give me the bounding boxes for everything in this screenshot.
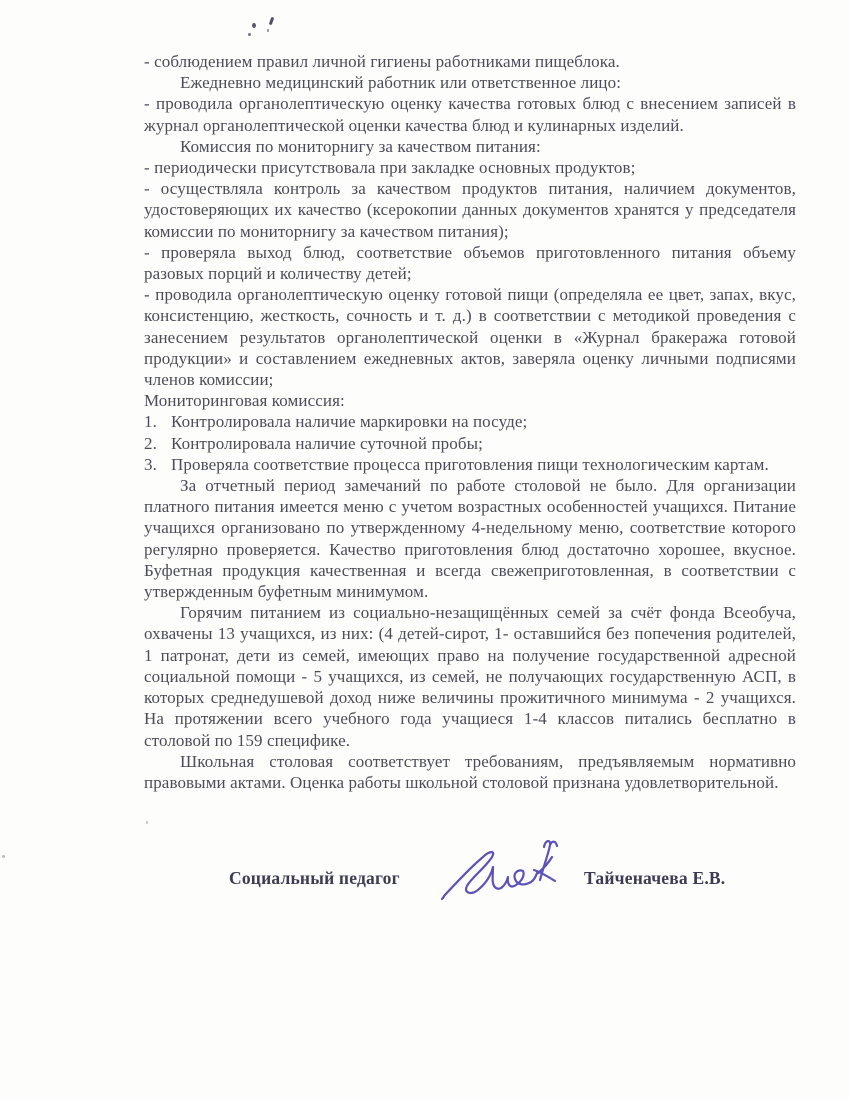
paragraph: Комиссия по мониторнигу за качеством пит… bbox=[144, 136, 796, 157]
list-item-number: 2. bbox=[144, 433, 171, 454]
paragraph: - периодически присутствовала при заклад… bbox=[144, 157, 796, 178]
handwritten-signature-icon bbox=[438, 826, 576, 911]
numbered-list-item: 1. Контролировала наличие маркировки на … bbox=[144, 411, 796, 432]
ink-speck bbox=[248, 33, 251, 36]
list-item-text: Проверяла соответствие процесса приготов… bbox=[171, 454, 769, 475]
signatory-name: Тайченачева Е.В. bbox=[584, 868, 725, 889]
numbered-list-item: 2. Контролировала наличие суточной пробы… bbox=[144, 433, 796, 454]
list-item-number: 3. bbox=[144, 454, 171, 475]
list-item-text: Контролировала наличие суточной пробы; bbox=[171, 433, 483, 454]
paragraph: Ежедневно медицинский работник или ответ… bbox=[144, 72, 796, 93]
signatory-role-label: Социальный педагог bbox=[229, 868, 400, 889]
paragraph: - проводила органолептическую оценку кач… bbox=[144, 93, 796, 135]
paragraph: - проверяла выход блюд, соответствие объ… bbox=[144, 242, 796, 284]
ink-speck bbox=[267, 29, 269, 32]
paragraph: За отчетный период замечаний по работе с… bbox=[144, 475, 796, 602]
list-item-text: Контролировала наличие маркировки на пос… bbox=[171, 411, 527, 432]
paragraph: - проводила органолептическую оценку гот… bbox=[144, 284, 796, 390]
ink-speck bbox=[146, 821, 148, 824]
document-body: - соблюдением правил личной гигиены рабо… bbox=[144, 51, 796, 793]
paragraph: - осуществляла контроль за качеством про… bbox=[144, 178, 796, 242]
numbered-list-item: 3. Проверяла соответствие процесса приго… bbox=[144, 454, 796, 475]
paragraph: Горячим питанием из социально-незащищённ… bbox=[144, 602, 796, 750]
scanned-document-page: - соблюдением правил личной гигиены рабо… bbox=[0, 0, 850, 1100]
ink-speck bbox=[252, 23, 256, 28]
ink-speck bbox=[2, 855, 5, 858]
paragraph: - соблюдением правил личной гигиены рабо… bbox=[144, 51, 796, 72]
ink-speck bbox=[269, 17, 275, 26]
paragraph: Школьная столовая соответствует требован… bbox=[144, 751, 796, 793]
list-item-number: 1. bbox=[144, 411, 171, 432]
paragraph: Мониторинговая комиссия: bbox=[144, 390, 796, 411]
